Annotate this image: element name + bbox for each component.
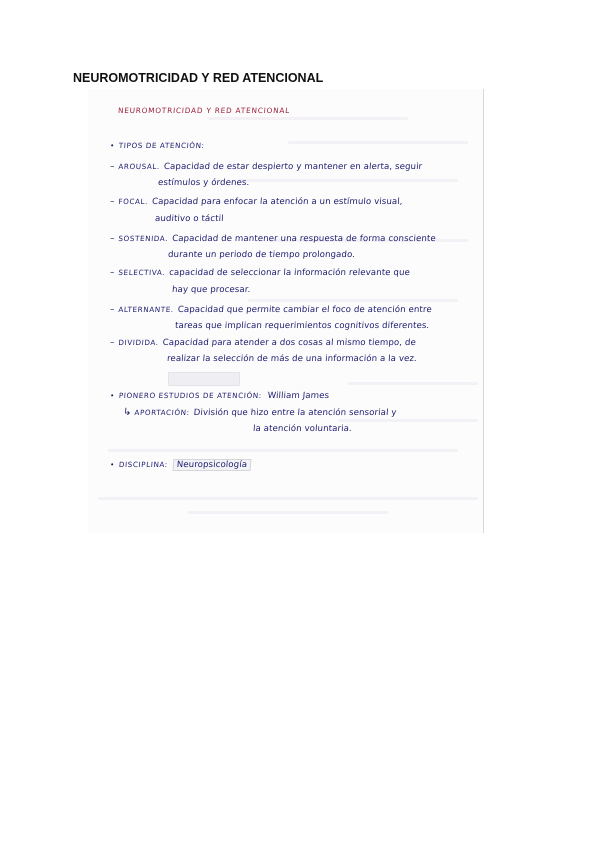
document-title: NEUROMOTRICIDAD Y RED ATENCIONAL — [73, 71, 323, 85]
tipo-term: SELECTIVA. — [118, 268, 165, 277]
disciplina-line: •DISCIPLINA: Neuropsicología — [110, 460, 252, 470]
bleed-through-mark — [208, 117, 408, 120]
dash-icon: – — [110, 268, 115, 278]
tipo-alternante-line1: –ALTERNANTE.Capacidad que permite cambia… — [110, 305, 432, 315]
aportacion-line2: la atención voluntaria. — [253, 424, 352, 434]
tipo-sostenida-line2: durante un periodo de tiempo prolongado. — [168, 250, 356, 260]
bullet-icon: • — [110, 391, 115, 400]
return-arrow-icon: ↳ — [123, 407, 132, 418]
bleed-through-mark — [348, 382, 478, 385]
dash-icon: – — [110, 162, 115, 172]
dash-icon: – — [110, 305, 115, 315]
tipo-term: AROUSAL. — [118, 162, 160, 171]
tipo-focal-line2: auditivo o táctil — [155, 214, 224, 224]
tipo-arousal-line2: estímulos y órdenes. — [158, 178, 250, 188]
pionero-line: •PIONERO ESTUDIOS DE ATENCIÓN: William J… — [110, 391, 330, 401]
bleed-through-mark — [188, 511, 388, 514]
tipos-header: •TIPOS DE ATENCIÓN: — [110, 141, 205, 150]
tipo-term: ALTERNANTE. — [118, 305, 174, 314]
bleed-through-mark — [238, 179, 458, 182]
tipo-term: DIVIDIDA. — [118, 338, 159, 347]
tipo-term: FOCAL. — [118, 197, 148, 206]
tipo-arousal-line1: –AROUSAL.Capacidad de estar despierto y … — [110, 162, 423, 172]
dash-icon: – — [110, 338, 115, 348]
tipo-selectiva-line2: hay que procesar. — [172, 285, 251, 295]
bleed-through-mark — [338, 419, 478, 422]
disciplina-value: Neuropsicología — [172, 459, 251, 471]
dash-icon: – — [110, 197, 115, 207]
tipo-selectiva-line1: –SELECTIVA.capacidad de seleccionar la i… — [110, 268, 411, 278]
scan-artifact — [168, 372, 240, 386]
tipo-dividida-line2: realizar la selección de más de una info… — [167, 354, 418, 364]
aportacion-label: APORTACIÓN: — [134, 408, 190, 417]
bullet-icon: • — [110, 141, 115, 150]
tipo-sostenida-line1: –SOSTENIDA.Capacidad de mantener una res… — [110, 234, 436, 244]
bleed-through-mark — [108, 449, 458, 452]
dash-icon: – — [110, 234, 115, 244]
tipo-focal-line1: –FOCAL.Capacidad para enfocar la atenció… — [110, 197, 403, 207]
tipo-dividida-line1: –DIVIDIDA.Capacidad para atender a dos c… — [110, 338, 417, 348]
notes-heading: NEUROMOTRICIDAD Y RED ATENCIONAL — [118, 106, 291, 115]
tipo-term: SOSTENIDA. — [118, 234, 168, 243]
bleed-through-mark — [248, 299, 458, 302]
pionero-value: William James — [267, 391, 329, 401]
aportacion-line1: ↳APORTACIÓN:División que hizo entre la a… — [123, 407, 397, 418]
bleed-through-mark — [288, 141, 468, 144]
bullet-icon: • — [110, 460, 115, 469]
tipo-alternante-line2: tareas que implican requerimientos cogni… — [175, 321, 430, 331]
scanned-notes-image: NEUROMOTRICIDAD Y RED ATENCIONAL •TIPOS … — [88, 89, 484, 533]
bleed-through-mark — [98, 497, 478, 500]
